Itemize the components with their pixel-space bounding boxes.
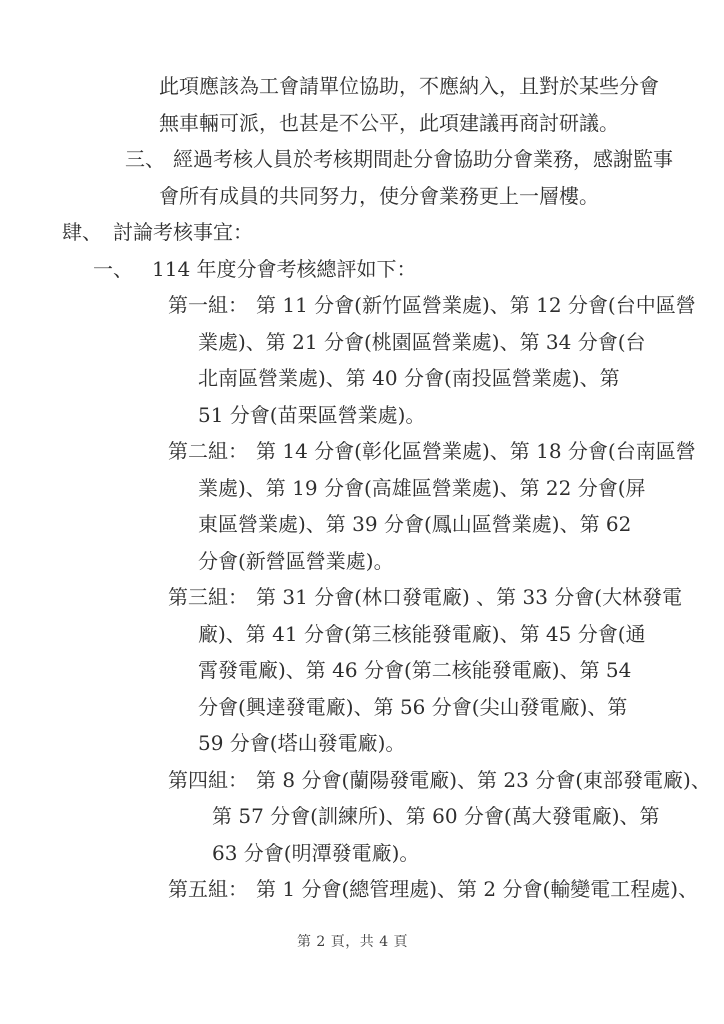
line-text: 114 年度分會考核總評如下： <box>152 257 417 281</box>
line-text: 63 分會(明潭發電廠)。 <box>212 841 419 865</box>
line-text: 分會(新營區營業處)。 <box>198 549 394 573</box>
document-page: 此項應該為工會請單位協助，不應納入，且對於某些分會無車輛可派，也甚是不公平，此項… <box>0 0 724 1024</box>
document-line: 63 分會(明潭發電廠)。 <box>0 835 724 872</box>
group-label: 第四組： <box>168 762 256 799</box>
document-line: 廠)、第 41 分會(第三核能發電廠)、第 45 分會(通 <box>0 616 724 653</box>
document-line: 第五組：第 1 分會(總管理處)、第 2 分會(輸變電工程處)、 <box>0 871 724 908</box>
document-line: 分會(興達發電廠)、第 56 分會(尖山發電廠)、第 <box>0 689 724 726</box>
document-line: 無車輛可派，也甚是不公平，此項建議再商討研議。 <box>0 105 724 142</box>
list-marker: 三、 <box>125 141 165 178</box>
document-line: 第二組：第 14 分會(彰化區營業處)、第 18 分會(台南區營 <box>0 433 724 470</box>
document-line: 第一組：第 11 分會(新竹區營業處)、第 12 分會(台中區營 <box>0 287 724 324</box>
document-content: 此項應該為工會請單位協助，不應納入，且對於某些分會無車輛可派，也甚是不公平，此項… <box>0 68 724 908</box>
line-text: 經過考核人員於考核期間赴分會協助分會業務，感謝監事 <box>173 147 673 171</box>
document-line: 北南區營業處)、第 40 分會(南投區營業處)、第 <box>0 360 724 397</box>
document-line: 第三組：第 31 分會(林口發電廠) 、第 33 分會(大林發電 <box>0 579 724 616</box>
line-text: 北南區營業處)、第 40 分會(南投區營業處)、第 <box>198 366 620 390</box>
line-text: 業處)、第 19 分會(高雄區營業處)、第 22 分會(屏 <box>198 476 646 500</box>
line-text: 會所有成員的共同努力，使分會業務更上一層樓。 <box>159 184 599 208</box>
line-text: 59 分會(塔山發電廠)。 <box>198 731 405 755</box>
document-line: 三、經過考核人員於考核期間赴分會協助分會業務，感謝監事 <box>0 141 724 178</box>
document-line: 51 分會(苗栗區營業處)。 <box>0 397 724 434</box>
document-line: 第 57 分會(訓練所)、第 60 分會(萬大發電廠)、第 <box>0 798 724 835</box>
document-line: 會所有成員的共同努力，使分會業務更上一層樓。 <box>0 178 724 215</box>
document-line: 此項應該為工會請單位協助，不應納入，且對於某些分會 <box>0 68 724 105</box>
line-text: 第 14 分會(彰化區營業處)、第 18 分會(台南區營 <box>256 439 696 463</box>
line-text: 東區營業處)、第 39 分會(鳳山區營業處)、第 62 <box>198 512 631 536</box>
line-text: 51 分會(苗栗區營業處)。 <box>198 403 425 427</box>
line-text: 霄發電廠)、第 46 分會(第二核能發電廠)、第 54 <box>198 658 631 682</box>
group-label: 第三組： <box>168 579 256 616</box>
document-line: 東區營業處)、第 39 分會(鳳山區營業處)、第 62 <box>0 506 724 543</box>
line-text: 第 57 分會(訓練所)、第 60 分會(萬大發電廠)、第 <box>212 804 660 828</box>
line-text: 業處)、第 21 分會(桃園區營業處)、第 34 分會(台 <box>198 330 646 354</box>
line-text: 廠)、第 41 分會(第三核能發電廠)、第 45 分會(通 <box>198 622 646 646</box>
document-line: 一、114 年度分會考核總評如下： <box>0 251 724 288</box>
line-text: 第 1 分會(總管理處)、第 2 分會(輸變電工程處)、 <box>256 877 698 901</box>
line-text: 第 31 分會(林口發電廠) 、第 33 分會(大林發電 <box>256 585 682 609</box>
line-text: 討論考核事宜： <box>113 220 253 244</box>
group-label: 第一組： <box>168 287 256 324</box>
document-line: 分會(新營區營業處)。 <box>0 543 724 580</box>
line-text: 分會(興達發電廠)、第 56 分會(尖山發電廠)、第 <box>198 695 627 719</box>
list-marker: 一、 <box>93 251 133 288</box>
list-marker: 肆、 <box>62 214 102 251</box>
group-label: 第二組： <box>168 433 256 470</box>
group-label: 第五組： <box>168 871 256 908</box>
document-line: 59 分會(塔山發電廠)。 <box>0 725 724 762</box>
line-text: 第 11 分會(新竹區營業處)、第 12 分會(台中區營 <box>256 293 696 317</box>
line-text: 無車輛可派，也甚是不公平，此項建議再商討研議。 <box>159 111 619 135</box>
line-text: 第 8 分會(蘭陽發電廠)、第 23 分會(東部發電廠)、 <box>256 768 711 792</box>
line-text: 此項應該為工會請單位協助，不應納入，且對於某些分會 <box>159 74 659 98</box>
document-line: 業處)、第 21 分會(桃園區營業處)、第 34 分會(台 <box>0 324 724 361</box>
page-footer: 第 2 頁，共 4 頁 <box>0 932 705 952</box>
document-line: 霄發電廠)、第 46 分會(第二核能發電廠)、第 54 <box>0 652 724 689</box>
document-line: 第四組：第 8 分會(蘭陽發電廠)、第 23 分會(東部發電廠)、 <box>0 762 724 799</box>
document-line: 業處)、第 19 分會(高雄區營業處)、第 22 分會(屏 <box>0 470 724 507</box>
document-line: 肆、討論考核事宜： <box>0 214 724 251</box>
